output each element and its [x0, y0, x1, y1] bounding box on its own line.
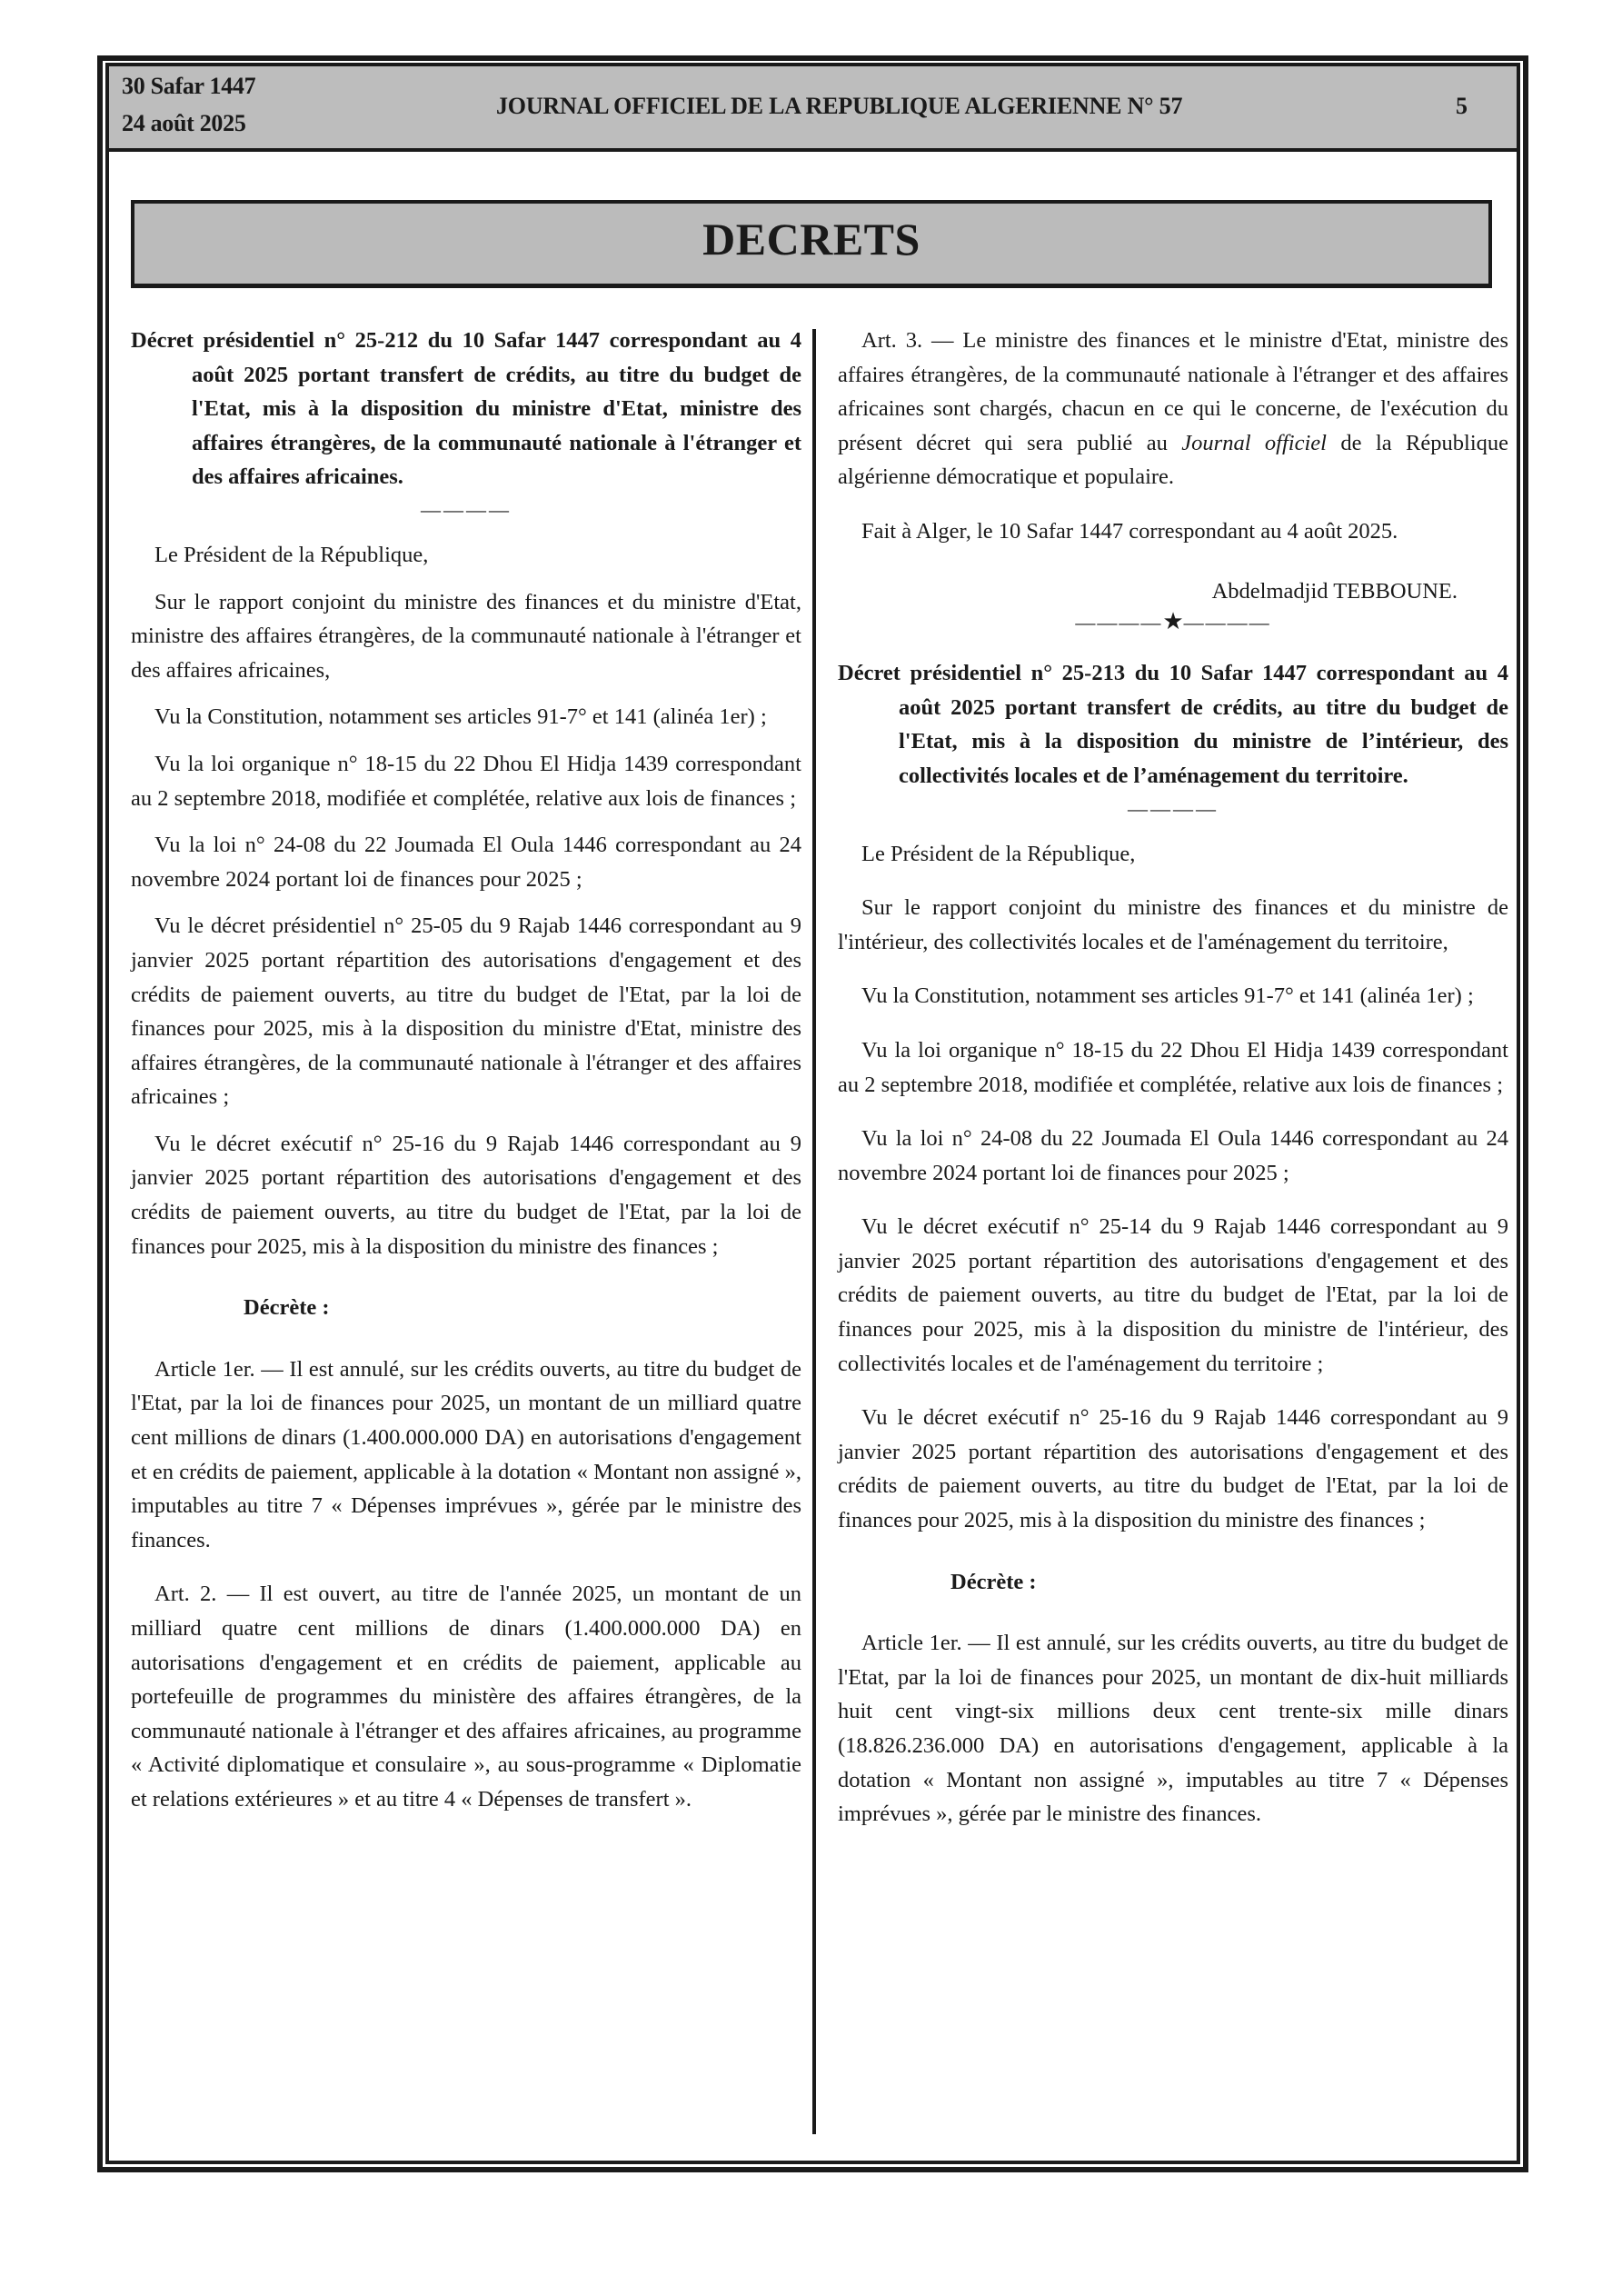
separator-dashes-left: ———— — [1075, 611, 1162, 634]
preamble-constitution: Vu la Constitution, notamment ses articl… — [838, 979, 1508, 1013]
right-column: Art. 3. — Le ministre des finances et le… — [838, 324, 1508, 1844]
column-divider — [812, 329, 816, 2134]
article-1: Article 1er. — Il est annulé, sur les cr… — [838, 1626, 1508, 1832]
hijri-date: 30 Safar 1447 — [122, 73, 255, 100]
decrete-label: Décrète : — [131, 1291, 801, 1325]
preamble-finance-law: Vu la loi n° 24-08 du 22 Joumada El Oula… — [838, 1122, 1508, 1190]
article-2: Art. 2. — Il est ouvert, au titre de l'a… — [131, 1577, 801, 1816]
preamble-organic-law: Vu la loi organique n° 18-15 du 22 Dhou … — [131, 747, 801, 815]
decree-212-title: Décret présidentiel n° 25-212 du 10 Safa… — [131, 324, 801, 494]
article-3: Art. 3. — Le ministre des finances et le… — [838, 324, 1508, 494]
section-title: DECRETS — [702, 213, 920, 265]
signature: Abdelmadjid TEBBOUNE. — [838, 574, 1508, 609]
gregorian-date: 24 août 2025 — [122, 110, 246, 137]
done-at: Fait à Alger, le 10 Safar 1447 correspon… — [838, 514, 1508, 549]
preamble-report: Sur le rapport conjoint du ministre des … — [838, 891, 1508, 959]
preamble-decree-25-16: Vu le décret exécutif n° 25-16 du 9 Raja… — [131, 1127, 801, 1263]
preamble-decree-25-14: Vu le décret exécutif n° 25-14 du 9 Raja… — [838, 1210, 1508, 1381]
decree-213-title: Décret présidentiel n° 25-213 du 10 Safa… — [838, 656, 1508, 793]
preamble-decree-25-05: Vu le décret présidentiel n° 25-05 du 9 … — [131, 909, 801, 1114]
title-separator: ———— — [838, 795, 1508, 823]
separator-dashes-right: ———— — [1184, 611, 1271, 634]
section-banner: DECRETS — [131, 200, 1492, 288]
preamble-decree-25-16: Vu le décret exécutif n° 25-16 du 9 Raja… — [838, 1401, 1508, 1537]
preamble-report: Sur le rapport conjoint du ministre des … — [131, 585, 801, 688]
star-icon: ★ — [1162, 608, 1183, 634]
preamble-constitution: Vu la Constitution, notamment ses articl… — [131, 700, 801, 734]
decree-end-separator: ————★———— — [838, 608, 1508, 636]
page-number: 5 — [1456, 93, 1468, 120]
title-separator: ———— — [131, 496, 801, 524]
preamble-organic-law: Vu la loi organique n° 18-15 du 22 Dhou … — [838, 1033, 1508, 1102]
preamble-finance-law: Vu la loi n° 24-08 du 22 Joumada El Oula… — [131, 828, 801, 896]
article-1: Article 1er. — Il est annulé, sur les cr… — [131, 1353, 801, 1558]
journal-officiel-italic: Journal officiel — [1181, 431, 1327, 455]
preamble-president: Le Président de la République, — [838, 837, 1508, 872]
left-column: Décret présidentiel n° 25-212 du 10 Safa… — [131, 324, 801, 1830]
decrete-label: Décrète : — [838, 1565, 1508, 1600]
preamble-president: Le Président de la République, — [131, 538, 801, 573]
journal-title: JOURNAL OFFICIEL DE LA REPUBLIQUE ALGERI… — [496, 93, 1182, 120]
running-header: 30 Safar 1447 24 août 2025 JOURNAL OFFIC… — [109, 66, 1517, 152]
